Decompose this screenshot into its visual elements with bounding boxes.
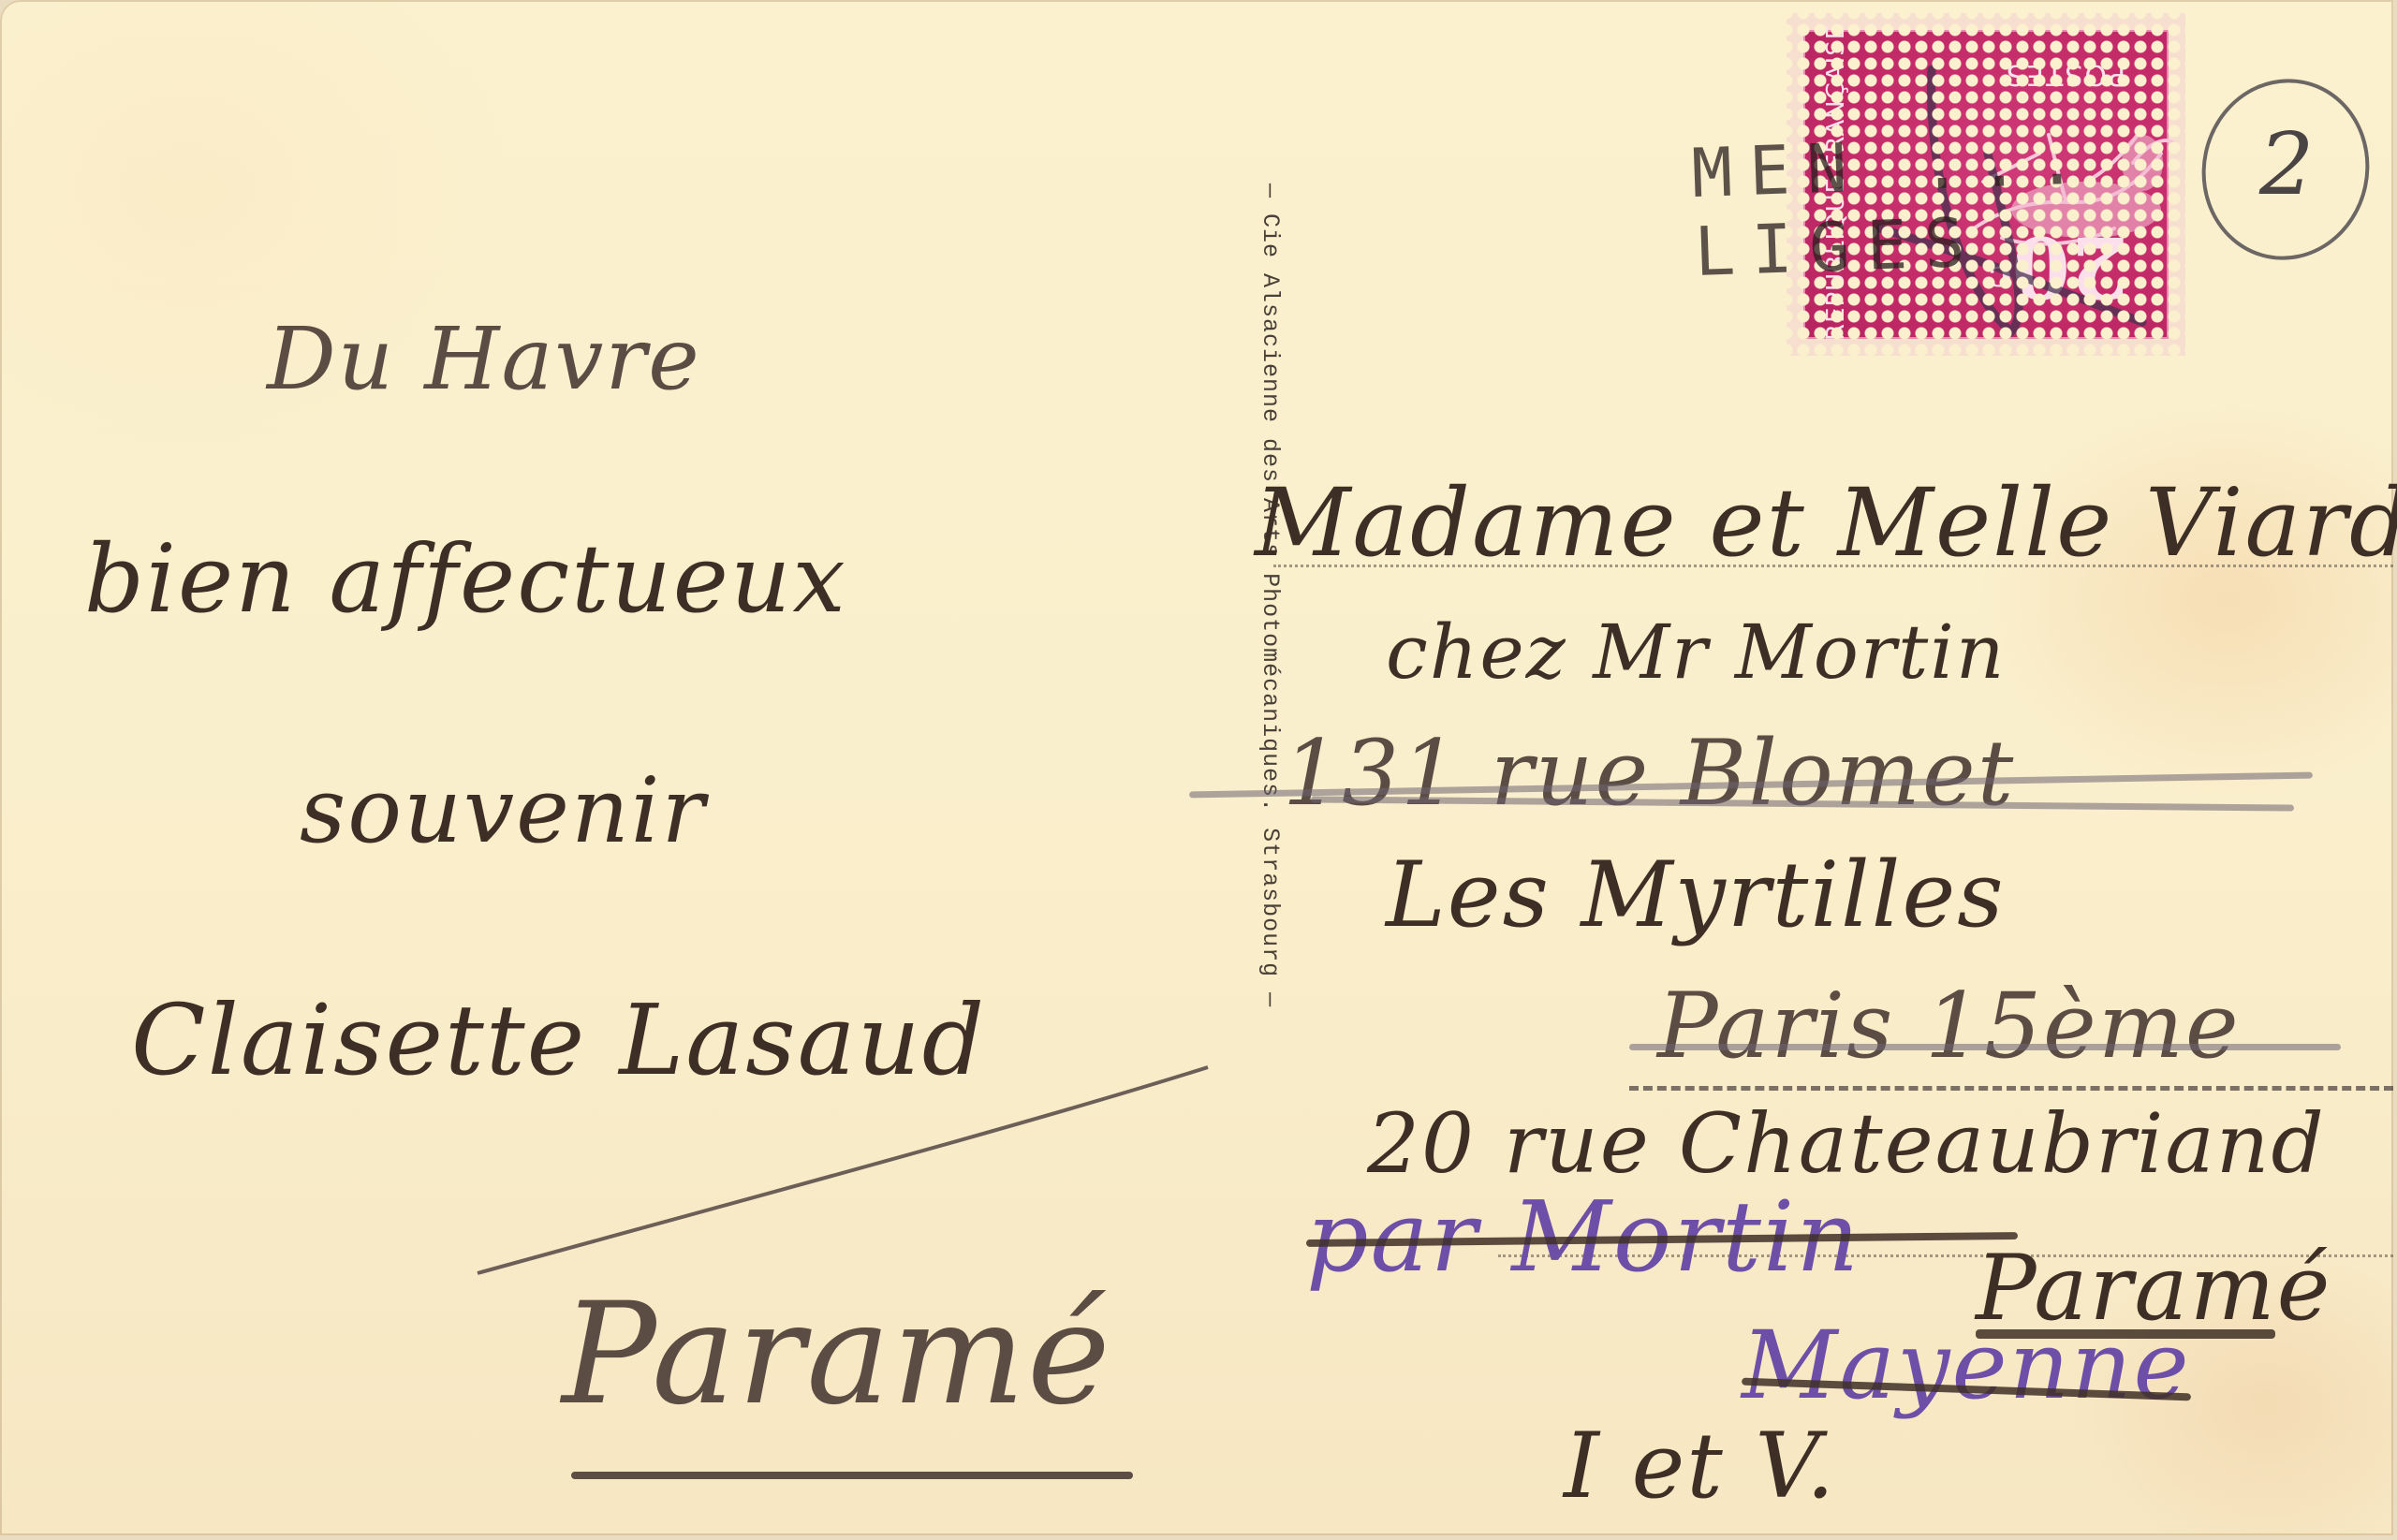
- struck-street: 131 rue Blomet: [1283, 721, 2015, 826]
- department: I et V.: [1564, 1414, 1836, 1518]
- message-line-2: bien affectueux: [84, 524, 847, 634]
- new-street: 20 rue Chateaubriand: [1367, 1095, 2326, 1192]
- place-underline: [571, 1472, 1133, 1479]
- care-of: chez Mr Mortin: [1386, 609, 2006, 696]
- message-line-1: Du Havre: [267, 309, 701, 409]
- strikethrough: [1629, 1044, 2341, 1050]
- postcard-back: — Cie Alsacienne des Arts Photomécanique…: [0, 0, 2393, 1535]
- place-name: Paramé: [562, 1273, 1112, 1436]
- message-line-3: souvenir: [300, 758, 706, 863]
- struck-city: Paris 15ème: [1657, 974, 2241, 1078]
- signature-flourish: [468, 1011, 1236, 1292]
- address-guide-line-3: [1629, 1086, 2393, 1091]
- house-name: Les Myrtilles: [1386, 843, 2006, 947]
- struck-region: Mayenne: [1742, 1311, 2191, 1420]
- recipient-name: Madame et Melle Viard: [1255, 468, 2397, 578]
- annotation-number: 2: [2207, 114, 2366, 214]
- publisher-credit: — Cie Alsacienne des Arts Photomécanique…: [1257, 183, 1284, 1007]
